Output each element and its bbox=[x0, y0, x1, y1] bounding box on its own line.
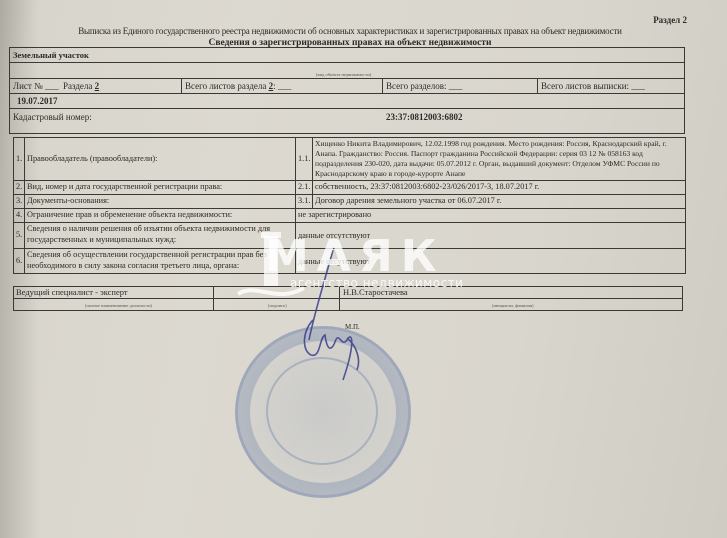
extract-date: 19.07.2017 bbox=[17, 96, 58, 106]
official-position: Ведущий специалист - эксперт bbox=[16, 287, 128, 297]
watermark-brand: МАЯК bbox=[265, 231, 445, 282]
total-sections-label: Всего разделов: bbox=[386, 81, 447, 91]
row-sub-number: 2.1. bbox=[298, 182, 310, 193]
divider bbox=[9, 108, 685, 109]
row-number: 2. bbox=[16, 182, 22, 193]
divider bbox=[13, 180, 686, 181]
divider bbox=[13, 194, 686, 195]
total-sections-value: ___ bbox=[449, 81, 463, 91]
total-sheets-section-suffix: : ___ bbox=[273, 81, 291, 91]
right-holder-value: Хищенко Никита Владимирович, 12.02.1998 … bbox=[315, 139, 683, 179]
divider bbox=[9, 62, 685, 63]
encumbrance-label: Ограничение прав и обременение объекта н… bbox=[27, 210, 232, 221]
object-type: Земельный участок bbox=[13, 50, 89, 60]
divider bbox=[24, 137, 25, 274]
section-label: Раздел 2 bbox=[653, 15, 687, 25]
divider bbox=[382, 78, 383, 93]
row-sub-number: 3.1. bbox=[298, 196, 310, 207]
cadastral-label: Кадастровый номер: bbox=[13, 112, 92, 122]
name-caption: (инициалы, фамилия) bbox=[492, 303, 534, 308]
total-sections: Всего разделов: ___ bbox=[386, 81, 462, 91]
sheet-number-label: Лист № bbox=[13, 81, 43, 91]
divider bbox=[13, 222, 686, 223]
row-number: 3. bbox=[16, 196, 22, 207]
divider bbox=[9, 93, 685, 94]
registration-value: собственность, 23:37:0812003:6802-23/026… bbox=[315, 182, 539, 193]
basis-documents-value: Договор дарения земельного участка от 06… bbox=[315, 196, 501, 207]
cadastral-number: 23:37:0812003:6802 bbox=[386, 112, 463, 122]
position-caption: (полное наименование должности) bbox=[85, 303, 152, 308]
row-number: 4. bbox=[16, 210, 22, 221]
total-sheets-section-label: Всего листов раздела bbox=[185, 81, 266, 91]
registration-label: Вид, номер и дата государственной регист… bbox=[27, 182, 222, 193]
divider bbox=[213, 286, 214, 311]
sheet-number-value: ___ bbox=[45, 81, 59, 91]
divider bbox=[9, 78, 685, 79]
divider bbox=[537, 78, 538, 93]
document-title: Выписка из Единого государственного реес… bbox=[30, 26, 670, 36]
right-holder-label: Правообладатель (правообладатели): bbox=[27, 154, 158, 165]
total-sheets-section: Всего листов раздела 2: ___ bbox=[185, 81, 291, 91]
total-sheets-value: ___ bbox=[631, 81, 645, 91]
object-type-caption: (вид объекта недвижимости) bbox=[316, 72, 371, 77]
total-sheets-label: Всего листов выписки: bbox=[541, 81, 629, 91]
row-sub-number: 1.1. bbox=[298, 154, 310, 165]
basis-documents-label: Документы-основания: bbox=[27, 196, 109, 207]
section-number-value: 2 bbox=[95, 81, 100, 91]
sheet-number: Лист № ___ Раздела 2 bbox=[13, 81, 99, 91]
divider bbox=[312, 137, 313, 209]
encumbrance-value: не зарегистрировано bbox=[298, 210, 371, 221]
row-number: 6. bbox=[16, 256, 22, 267]
row-number: 1. bbox=[16, 154, 22, 165]
row-number: 5. bbox=[16, 230, 22, 241]
watermark-tagline: агентство недвижимости bbox=[290, 276, 463, 290]
total-sheets: Всего листов выписки: ___ bbox=[541, 81, 645, 91]
section-number-label: Раздела bbox=[63, 81, 92, 91]
divider bbox=[181, 78, 182, 93]
divider bbox=[13, 208, 686, 209]
